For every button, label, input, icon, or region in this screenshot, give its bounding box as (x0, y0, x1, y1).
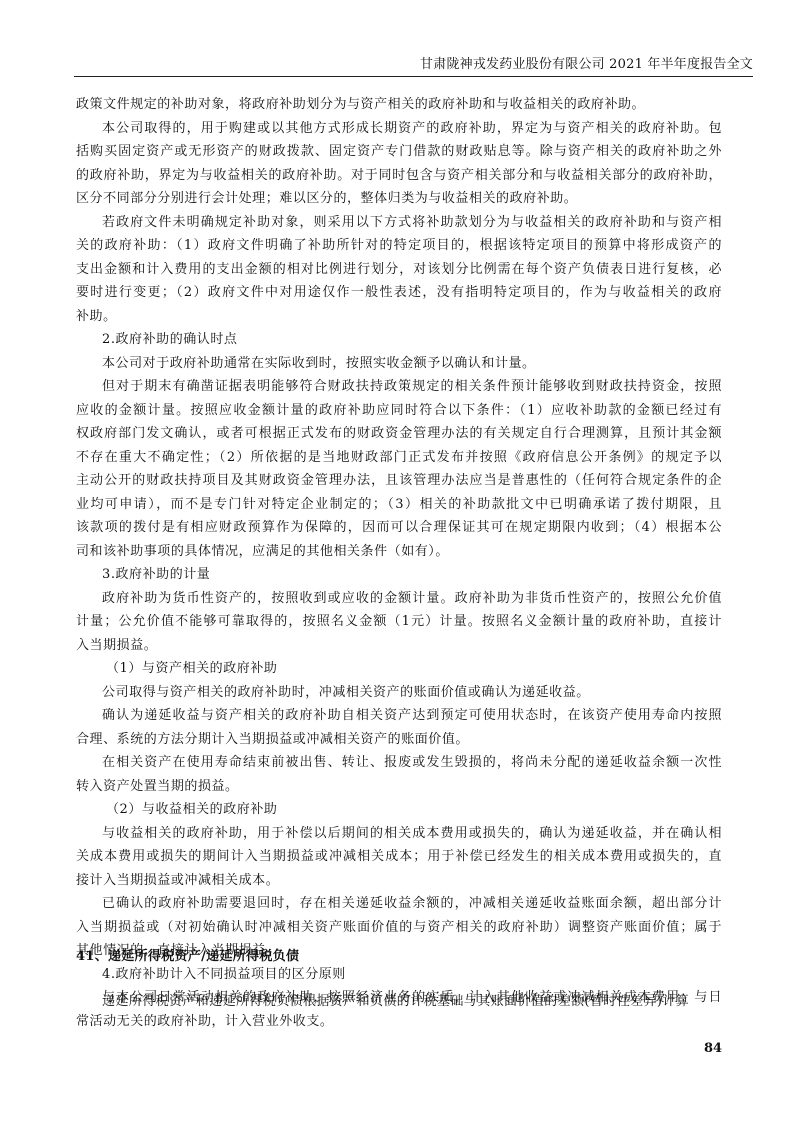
page-number: 84 (704, 1041, 722, 1056)
text-line: 公司取得与资产相关的政府补助时，冲减相关资产的账面价值或确认为递延收益。 (76, 681, 722, 705)
text-line: 与收益相关的政府补助，用于补偿以后期间的相关成本费用或损失的，确认为递延收益，并… (76, 822, 722, 846)
page-header: 甘肃陇神戎发药业股份有限公司 2021 年半年度报告全文 (74, 56, 753, 77)
text-line: 不存在重大不确定性；（2）所依据的是当地财政部门正式发布并按照《政府信息公开条例… (76, 446, 722, 470)
text-line: 2.政府补助的确认时点 (76, 328, 722, 352)
text-line: 司和该补助事项的具体情况，应满足的其他相关条件（如有）。 (76, 540, 722, 564)
text-line: 确认为递延收益与资产相关的政府补助自相关资产达到预定可使用状态时，在该资产使用寿… (76, 704, 722, 728)
text-line: （1）与资产相关的政府补助 (76, 657, 722, 681)
header-title: 甘肃陇神戎发药业股份有限公司 2021 年半年度报告全文 (420, 53, 753, 72)
text-line: 的政府补助，界定为与收益相关的政府补助。对于同时包含与资产相关部分和与收益相关部… (76, 164, 722, 188)
text-line: 关成本费用或损失的期间计入当期损益或冲减相关成本；用于补偿已经发生的相关成本费用… (76, 845, 722, 869)
text-line: 计量；公允价值不能够可靠取得的，按照名义金额（1元）计量。按照名义金额计量的政府… (76, 610, 722, 634)
text-line: 政策文件规定的补助对象，将政府补助划分为与资产相关的政府补助和与收益相关的政府补… (76, 93, 722, 117)
text-line: 应收的金额计量。按照应收金额计量的政府补助应同时符合以下条件：（1）应收补助款的… (76, 399, 722, 423)
text-line: 已确认的政府补助需要退回时，存在相关递延收益余额的，冲减相关递延收益账面余额，超… (76, 892, 722, 916)
text-line: 入当期损益或（对初始确认时冲减相关资产账面价值的与资产相关的政府补助）调整资产账… (76, 916, 722, 940)
text-line: 支出金额和计入费用的支出金额的相对比例进行划分，对该划分比例需在每个资产负债表日… (76, 258, 722, 282)
text-line: 在相关资产在使用寿命结束前被出售、转让、报废或发生毁损的，将尚未分配的递延收益余… (76, 751, 722, 775)
section-heading: 41、递延所得税资产/递延所得税负债 (76, 945, 299, 964)
text-line: 入当期损益。 (76, 634, 722, 658)
text-line: 括购买固定资产或无形资产的财政拨款、固定资产专门借款的财政贴息等。除与资产相关的… (76, 140, 722, 164)
text-line: 区分不同部分分别进行会计处理；难以区分的，整体归类为与收益相关的政府补助。 (76, 187, 722, 211)
text-line: 要时进行变更；（2）政府文件中对用途仅作一般性表述，没有指明特定项目的，作为与收… (76, 281, 722, 305)
text-line: 政府补助为货币性资产的，按照收到或应收的金额计量。政府补助为非货币性资产的，按照… (76, 587, 722, 611)
text-line: 关的政府补助：（1）政府文件明确了补助所针对的特定项目的，根据该特定项目的预算中… (76, 234, 722, 258)
body-text: 政策文件规定的补助对象，将政府补助划分为与资产相关的政府补助和与收益相关的政府补… (76, 93, 722, 1033)
text-line: 主动公开的财政扶持项目及其财政资金管理办法，且该管理办法应当是普惠性的（任何符合… (76, 469, 722, 493)
text-line: 接计入当期损益或冲减相关成本。 (76, 869, 722, 893)
text-line: 该款项的拨付是有相应财政预算作为保障的，因而可以合理保证其可在规定期限内收到；（… (76, 516, 722, 540)
text-line: 业均可申请），而不是专门针对特定企业制定的；（3）相关的补助款批文中已明确承诺了… (76, 493, 722, 517)
text-line: 3.政府补助的计量 (76, 563, 722, 587)
text-line: 常活动无关的政府补助，计入营业外收支。 (76, 1010, 722, 1034)
text-line: 4.政府补助计入不同损益项目的区分原则 (76, 963, 722, 987)
text-line: 本公司对于政府补助通常在实际收到时，按照实收金额予以确认和计量。 (76, 352, 722, 376)
text-line: 合理、系统的方法分期计入当期损益或冲减相关资产的账面价值。 (76, 728, 722, 752)
text-line: 若政府文件未明确规定补助对象，则采用以下方式将补助款划分为与收益相关的政府补助和… (76, 211, 722, 235)
text-line: 本公司取得的，用于购建或以其他方式形成长期资产的政府补助，界定为与资产相关的政府… (76, 117, 722, 141)
text-line: 但对于期末有确凿证据表明能够符合财政扶持政策规定的相关条件预计能够收到财政扶持资… (76, 375, 722, 399)
text-line: 权政府部门发文确认，或者可根据正式发布的财政资金管理办法的有关规定自行合理测算，… (76, 422, 722, 446)
text-line: 转入资产处置当期的损益。 (76, 775, 722, 799)
text-line: （2）与收益相关的政府补助 (76, 798, 722, 822)
section-paragraph: 递延所得税资产和递延所得税负债根据资产和负债的计税基础与其账面价值的差额(暂时性… (102, 990, 689, 1009)
text-line: 补助。 (76, 305, 722, 329)
